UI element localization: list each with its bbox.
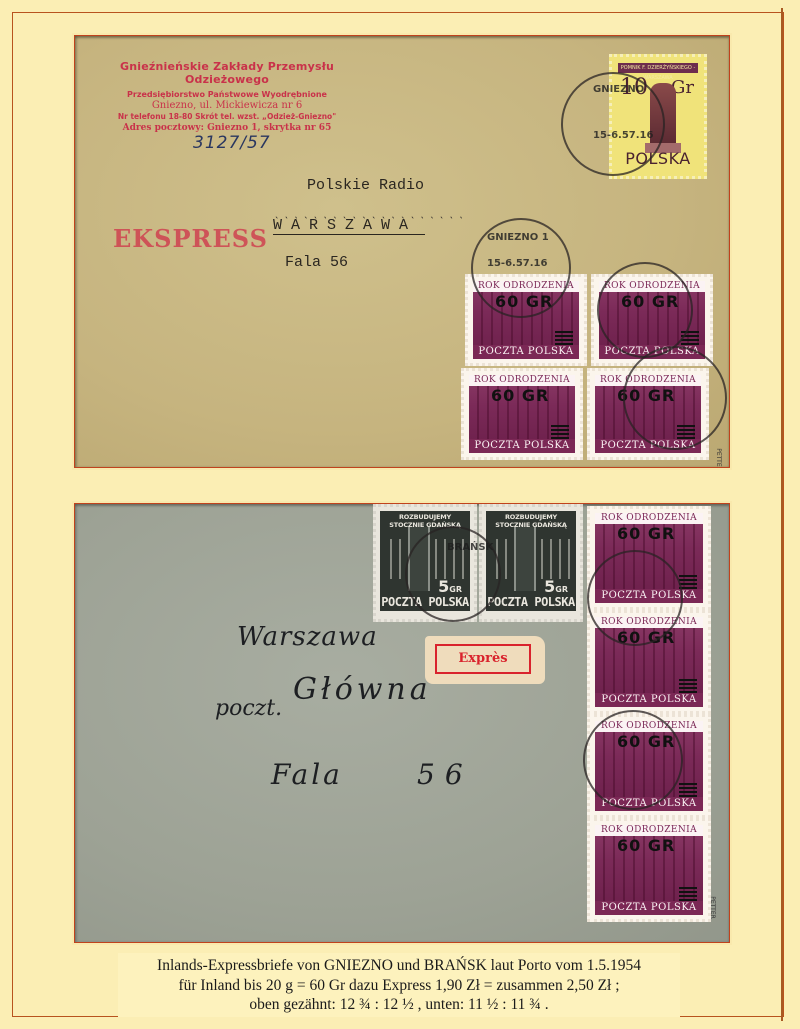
printer-mark: PETTER bbox=[715, 448, 722, 468]
sender-line-2: Przedsiębiorstwo Państwowe Wyodrębnione bbox=[97, 90, 357, 99]
expres-label-text: Exprès bbox=[435, 644, 531, 674]
stamp-country: POCZTA POLSKA bbox=[599, 345, 705, 359]
castle-strip-stamp-4: ROK ODRODZENIA60 GRPOCZTA POLSKA bbox=[587, 818, 711, 922]
address-line-2: WARSZAWA bbox=[273, 217, 425, 235]
caption-line-1: Inlands-Expressbriefe von GNIEZNO und BR… bbox=[118, 956, 680, 976]
stamp-top-label: ROK ODRODZENIA bbox=[595, 617, 703, 628]
castle-strip-stamp-2: ROK ODRODZENIA60 GRPOCZTA POLSKA bbox=[587, 610, 711, 714]
stamp-surcharge: 60 GR bbox=[617, 628, 675, 647]
obliteration-bars-icon bbox=[681, 331, 699, 345]
statue-stamp: POMNIK F. DZIERŻYŃSKIEGO - WARSZAWA 10 G… bbox=[609, 54, 707, 179]
stamp-country: POLSKA bbox=[612, 149, 704, 168]
expres-label: Exprès bbox=[425, 636, 545, 684]
obliteration-bars-icon bbox=[679, 783, 697, 797]
handwritten-city: Warszawa bbox=[237, 622, 378, 652]
handwritten-post-office: Główna bbox=[293, 672, 432, 707]
stamp-surcharge: 60 GR bbox=[495, 292, 553, 311]
obliteration-bars-icon bbox=[679, 887, 697, 901]
handwritten-number: 56 bbox=[417, 758, 473, 791]
stamp-top-label: ROK ODRODZENIA bbox=[595, 825, 703, 836]
stamp-country: POCZTA POLSKA bbox=[469, 439, 575, 453]
stamp-value: 5GR bbox=[544, 577, 568, 596]
stamp-surcharge: 60 GR bbox=[617, 524, 675, 543]
ship-stamp-1: ROZBUDUJEMY STOCZNIĘ GDAŃSKĄ 5GR POCZTA … bbox=[373, 504, 477, 622]
stamp-surcharge: 60 GR bbox=[621, 292, 679, 311]
printer-mark: PETTER bbox=[709, 896, 716, 919]
handwritten-prefix: poczt. bbox=[215, 696, 282, 721]
statue-figure-icon bbox=[650, 83, 676, 145]
stamp-country: POCZTA POLSKA bbox=[595, 693, 703, 707]
ship-hull-icon bbox=[514, 527, 536, 591]
stamp-top-label: ROK ODRODZENIA bbox=[595, 513, 703, 524]
caption-line-3: oben gezähnt: 12 ¾ : 12 ½ , unten: 11 ½ … bbox=[118, 995, 680, 1015]
obliteration-bars-icon bbox=[679, 679, 697, 693]
ship-hull-icon bbox=[408, 527, 430, 591]
sender-line-3: Gniezno, ul. Mickiewicza nr 6 bbox=[97, 100, 357, 111]
postmark-place: GNIEZNO 1 bbox=[487, 232, 549, 243]
stamp-country: POCZTA POLSKA bbox=[595, 589, 703, 603]
obliteration-bars-icon bbox=[555, 331, 573, 345]
sender-stamp: Gnieźnieńskie Zakłady Przemysłu Odzieżow… bbox=[97, 60, 357, 133]
castle-stamp-1: ROK ODRODZENIA60 GRPOCZTA POLSKA bbox=[465, 274, 587, 366]
castle-strip-stamp-1: ROK ODRODZENIA60 GRPOCZTA POLSKA bbox=[587, 506, 711, 610]
postmark-date: 15-6.57.16 bbox=[487, 258, 547, 269]
stamp-top-label: ROK ODRODZENIA bbox=[595, 375, 701, 386]
ekspress-stamp: EKSPRESS bbox=[113, 224, 268, 253]
stamp-surcharge: 60 GR bbox=[491, 386, 549, 405]
castle-stamp-3: ROK ODRODZENIA60 GRPOCZTA POLSKA bbox=[461, 368, 583, 460]
sender-line-5: Adres pocztowy: Gniezno 1, skrytka nr 65 bbox=[97, 123, 357, 133]
stamp-value: 10 bbox=[620, 75, 648, 100]
obliteration-bars-icon bbox=[679, 575, 697, 589]
stamp-top-label: ROK ODRODZENIA bbox=[473, 281, 579, 292]
address-line-3: Fala 56 bbox=[285, 254, 348, 271]
stamp-country: POCZTA POLSKA bbox=[595, 901, 703, 915]
caption-line-2: für Inland bis 20 g = 60 Gr dazu Express… bbox=[118, 976, 680, 996]
reference-number: 3127/57 bbox=[193, 133, 271, 153]
caption-box: Inlands-Expressbriefe von GNIEZNO und BR… bbox=[118, 953, 680, 1017]
ship-stamp-2: ROZBUDUJEMY STOCZNIĘ GDAŃSKĄ 5GR POCZTA … bbox=[479, 504, 583, 622]
obliteration-bars-icon bbox=[677, 425, 695, 439]
obliteration-bars-icon bbox=[551, 425, 569, 439]
stamp-top-label: ROK ODRODZENIA bbox=[469, 375, 575, 386]
stamp-country: POCZTA POLSKA bbox=[595, 797, 703, 811]
stamp-surcharge: 60 GR bbox=[617, 836, 675, 855]
castle-stamp-2: ROK ODRODZENIA60 GRPOCZTA POLSKA bbox=[591, 274, 713, 366]
album-page-frame-edge bbox=[781, 8, 783, 1021]
castle-strip-stamp-3: ROK ODRODZENIA60 GRPOCZTA POLSKA bbox=[587, 714, 711, 818]
stamp-banner: POMNIK F. DZIERŻYŃSKIEGO - WARSZAWA bbox=[618, 63, 698, 73]
cover-gniezno: Gnieźnieńskie Zakłady Przemysłu Odzieżow… bbox=[74, 35, 730, 468]
castle-stamp-4: ROK ODRODZENIA60 GRPOCZTA POLSKA bbox=[587, 368, 709, 460]
stamp-value: 5GR bbox=[438, 577, 462, 596]
cover-bransk: ROZBUDUJEMY STOCZNIĘ GDAŃSKĄ 5GR POCZTA … bbox=[74, 503, 730, 943]
handwritten-recipient: Fala bbox=[271, 758, 343, 791]
sender-line-4: Nr telefonu 18-80 Skrót tel. wzst. „Odzi… bbox=[97, 112, 357, 121]
stamp-surcharge: 60 GR bbox=[617, 732, 675, 751]
stamp-country: POCZTA POLSKA bbox=[380, 595, 470, 609]
stamp-country: POCZTA POLSKA bbox=[473, 345, 579, 359]
stamp-top-label: ROK ODRODZENIA bbox=[595, 721, 703, 732]
stamp-country: POCZTA POLSKA bbox=[486, 595, 576, 609]
sender-line-1: Gnieźnieńskie Zakłady Przemysłu Odzieżow… bbox=[97, 60, 357, 86]
address-line-1: Polskie Radio bbox=[307, 177, 424, 194]
stamp-country: POCZTA POLSKA bbox=[595, 439, 701, 453]
stamp-top-label: ROK ODRODZENIA bbox=[599, 281, 705, 292]
stamp-surcharge: 60 GR bbox=[617, 386, 675, 405]
